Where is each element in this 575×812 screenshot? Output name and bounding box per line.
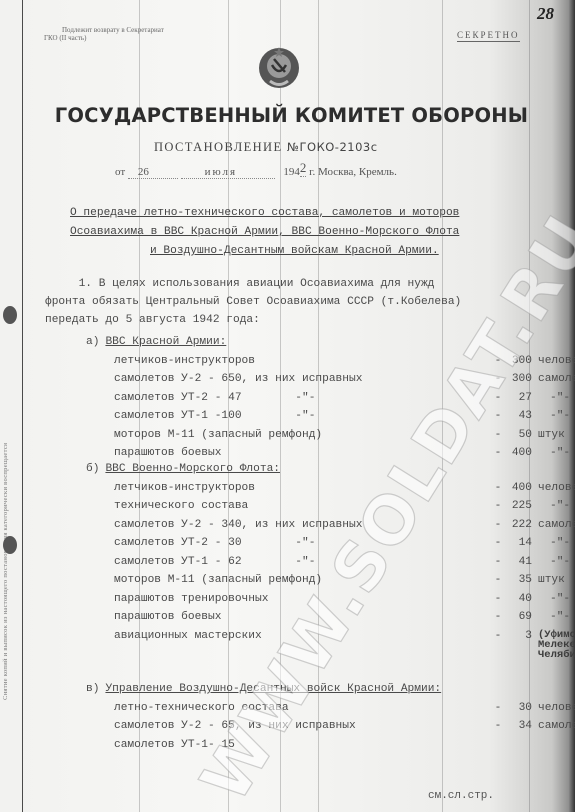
- item-quantity: 69: [504, 611, 532, 623]
- subject-block: О передаче летно-технического состава, с…: [70, 204, 459, 261]
- item-unit: штук: [538, 574, 565, 586]
- allocation-row: авиационных мастерских-3(Уфимские, Мелек…: [86, 630, 280, 649]
- section-marker: б): [86, 463, 99, 475]
- item-description: технического состава: [114, 500, 248, 512]
- section-title: Управление Воздушно-Десантных войск Крас…: [105, 683, 441, 695]
- dash-separator: -: [492, 392, 504, 404]
- committee-title: ГОСУДАРСТВЕННЫЙ КОМИТЕТ ОБОРОНЫ: [0, 104, 575, 127]
- return-note-line1: Подлежит возврату в Секретариат: [44, 26, 164, 34]
- dash-separator: -: [492, 410, 504, 422]
- item-description: летчиков-инструкторов: [114, 355, 255, 367]
- section-3: в)Управление Воздушно-Десантных войск Кр…: [86, 683, 441, 757]
- dash-separator: -: [492, 702, 504, 714]
- item-description: парашютов боевых: [114, 611, 221, 623]
- allocation-row: самолетов УТ-2 - 30 -"--14-"-: [86, 537, 280, 556]
- dash-separator: -: [492, 574, 504, 586]
- dash-separator: -: [492, 447, 504, 459]
- allocation-row: парашютов боевых-69-"-: [86, 611, 280, 630]
- dash-separator: -: [492, 537, 504, 549]
- date-suffix: г. Москва, Кремль.: [309, 166, 397, 178]
- item-unit: -"-: [550, 593, 570, 605]
- item-description: самолетов УТ-1 -100 -"-: [114, 410, 315, 422]
- item-unit: -"-: [550, 447, 570, 459]
- allocation-row: самолетов УТ-2 - 47 -"--27-"-: [86, 392, 226, 411]
- section-title: ВВС Красной Армии:: [105, 336, 226, 348]
- dash-separator: -: [492, 519, 504, 531]
- allocation-row: технического состава-225-"-: [86, 500, 280, 519]
- section-marker: а): [86, 336, 99, 348]
- item-quantity: 40: [504, 593, 532, 605]
- classification-stamp: СЕКРЕТНО: [457, 30, 520, 42]
- section-heading: а)ВВС Красной Армии:: [86, 336, 226, 355]
- item-quantity: 225: [504, 500, 532, 512]
- item-quantity: 41: [504, 556, 532, 568]
- dash-separator: -: [492, 482, 504, 494]
- item-quantity: 27: [504, 392, 532, 404]
- item-unit: -"-: [550, 392, 570, 404]
- item-unit: самолета: [538, 720, 575, 732]
- item-description: самолетов УТ-2 - 30 -"-: [114, 537, 315, 549]
- item-quantity: 300: [504, 355, 532, 367]
- item-unit: человек: [538, 355, 575, 367]
- section-marker: в): [86, 683, 99, 695]
- item-quantity: 222: [504, 519, 532, 531]
- item-unit: человек: [538, 482, 575, 494]
- item-quantity: 50: [504, 429, 532, 441]
- date-year-handwritten: 2: [300, 160, 307, 177]
- sheet-number: 28: [537, 4, 554, 24]
- allocation-row: самолетов УТ-1 -100 -"--43-"-: [86, 410, 226, 429]
- item-description: самолетов У-2 - 650, из них исправных: [114, 373, 362, 385]
- paragraph-line: передать до 5 августа 1942 года:: [45, 311, 461, 329]
- item-quantity: 30: [504, 702, 532, 714]
- allocation-row: летчиков-инструкторов-400человек: [86, 482, 280, 501]
- item-unit: -"-: [550, 537, 570, 549]
- document-page: Снятие копий и выписок из настоящего пос…: [0, 0, 575, 812]
- section-heading: в)Управление Воздушно-Десантных войск Кр…: [86, 683, 441, 702]
- paragraph-1: 1. В целях использования авиации Осоавиа…: [45, 275, 461, 329]
- date-line: от 26 июля 1942 г. Москва, Кремль.: [115, 163, 397, 180]
- item-description: самолетов У-2 - 65, из них исправных: [114, 720, 356, 732]
- allocation-row: самолетов У-2 - 340, из них исправных-22…: [86, 519, 280, 538]
- continued-note: см.сл.стр.: [428, 790, 494, 802]
- date-prefix: от: [115, 166, 125, 178]
- item-quantity: 400: [504, 482, 532, 494]
- item-description: самолетов У-2 - 340, из них исправных: [114, 519, 362, 531]
- item-description: самолетов УТ-1- 15: [114, 739, 235, 751]
- item-description: авиационных мастерских: [114, 630, 262, 642]
- allocation-row: самолетов УТ-1- 15: [86, 739, 441, 758]
- item-quantity: 34: [504, 720, 532, 732]
- item-description: самолетов УТ-1 - 62 -"-: [114, 556, 315, 568]
- return-note: Подлежит возврату в Секретариат ГКО (II …: [44, 26, 164, 42]
- date-year: 1942: [277, 163, 306, 180]
- punch-hole: [3, 536, 17, 554]
- item-unit: -"-: [550, 556, 570, 568]
- dash-separator: -: [492, 611, 504, 623]
- allocation-row: моторов М-11 (запасный ремфонд)-50штук: [86, 429, 226, 448]
- item-quantity: 43: [504, 410, 532, 422]
- item-quantity: 14: [504, 537, 532, 549]
- allocation-row: самолетов У-2 - 65, из них исправных-34с…: [86, 720, 441, 739]
- dash-separator: -: [492, 500, 504, 512]
- date-day: 26: [128, 166, 178, 179]
- subject-line: Осоавиахима в ВВС Красной Армии, ВВС Вое…: [70, 223, 459, 242]
- item-unit: самолетов: [538, 373, 575, 385]
- item-description: самолетов УТ-2 - 47 -"-: [114, 392, 315, 404]
- item-unit: -"-: [550, 500, 570, 512]
- item-unit: штук: [538, 429, 565, 441]
- allocation-row: летчиков-инструкторов-300человек: [86, 355, 226, 374]
- dash-separator: -: [492, 373, 504, 385]
- dash-separator: -: [492, 630, 504, 642]
- section-1: а)ВВС Красной Армии:летчиков-инструкторо…: [86, 336, 226, 466]
- paragraph-line: 1. В целях использования авиации Осоавиа…: [45, 275, 461, 293]
- paragraph-line: фронта обязать Центральный Совет Осоавиа…: [45, 293, 461, 311]
- item-quantity: 3: [504, 630, 532, 642]
- allocation-row: самолетов УТ-1 - 62 -"--41-"-: [86, 556, 280, 575]
- section-title: ВВС Военно-Морского Флота:: [105, 463, 280, 475]
- item-quantity: 35: [504, 574, 532, 586]
- date-year-printed: 194: [283, 166, 300, 178]
- item-description: летно-технического состава: [114, 702, 289, 714]
- subject-line: и Воздушно-Десантным войскам Красной Арм…: [70, 242, 459, 261]
- punch-hole: [3, 306, 17, 324]
- item-description: моторов М-11 (запасный ремфонд): [114, 574, 322, 586]
- dash-separator: -: [492, 720, 504, 732]
- item-unit: (Уфимские, Мелекесские Челябинские): [538, 630, 575, 660]
- allocation-row: самолетов У-2 - 650, из них исправных-30…: [86, 373, 226, 392]
- subject-line: О передаче летно-технического состава, с…: [70, 204, 459, 223]
- section-heading: б)ВВС Военно-Морского Флота:: [86, 463, 280, 482]
- resolution-heading: ПОСТАНОВЛЕНИЕ №ГОКО-2103с: [154, 140, 378, 155]
- dash-separator: -: [492, 556, 504, 568]
- dash-separator: -: [492, 355, 504, 367]
- item-unit: человек: [538, 702, 575, 714]
- date-month: июля: [181, 166, 275, 179]
- dash-separator: -: [492, 429, 504, 441]
- item-description: летчиков-инструкторов: [114, 482, 255, 494]
- item-description: моторов М-11 (запасный ремфонд): [114, 429, 322, 441]
- resolution-number: №ГОКО-2103с: [287, 140, 377, 154]
- allocation-row: летно-технического состава-30человек: [86, 702, 441, 721]
- item-unit: самолета: [538, 519, 575, 531]
- allocation-row: моторов М-11 (запасный ремфонд)-35штук: [86, 574, 280, 593]
- ussr-coat-of-arms-icon: [256, 45, 302, 91]
- return-note-line2: ГКО (II часть): [44, 34, 164, 42]
- margin-caption: Снятие копий и выписок из настоящего пос…: [2, 443, 9, 700]
- allocation-row: парашютов тренировочных-40-"-: [86, 593, 280, 612]
- item-unit: -"-: [550, 410, 570, 422]
- item-description: парашютов тренировочных: [114, 593, 268, 605]
- resolution-label: ПОСТАНОВЛЕНИЕ: [154, 140, 283, 154]
- item-quantity: 300: [504, 373, 532, 385]
- item-quantity: 400: [504, 447, 532, 459]
- item-unit: -"-: [550, 611, 570, 623]
- dash-separator: -: [492, 593, 504, 605]
- item-description: парашютов боевых: [114, 447, 221, 459]
- section-2: б)ВВС Военно-Морского Флота:летчиков-инс…: [86, 463, 280, 648]
